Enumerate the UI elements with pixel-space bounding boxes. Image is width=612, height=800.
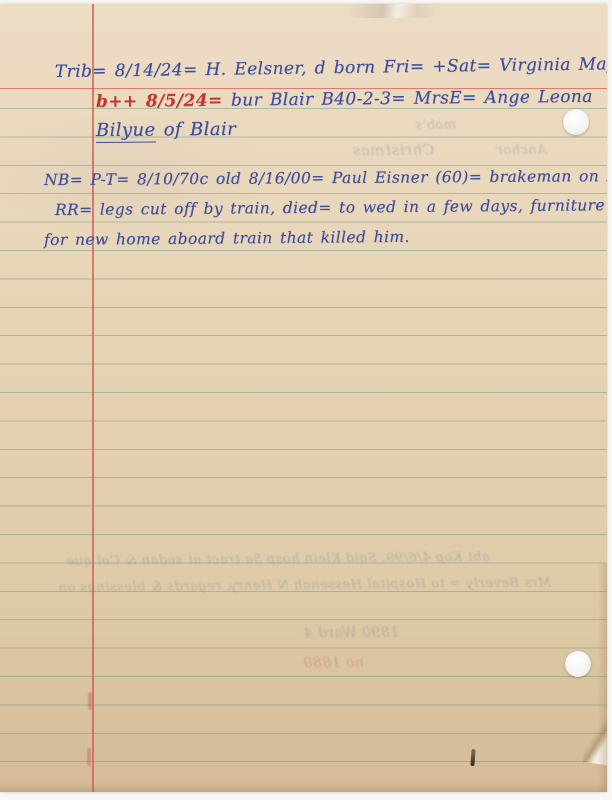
handwriting-segment: b++ 8/5/24=	[96, 91, 231, 112]
top-edge-wrinkle	[340, 4, 435, 18]
handwriting-line: NB= P-T= 8/10/70c old 8/16/00= Paul Eisn…	[44, 167, 607, 189]
hole-punch-reinforcement	[565, 651, 591, 677]
bleedthrough-text: Anchor	[496, 143, 547, 159]
notebook-page: mob'sChristmasAnchorabt Kop 4/6/99. Said…	[0, 4, 607, 792]
handwriting-segment: Trib= 8/14/24= H. Eelsner, d born Fri= +…	[55, 54, 607, 82]
hole-punch-reinforcement	[563, 109, 589, 135]
handwriting-line: Bilyue of Blair	[96, 119, 236, 141]
red-ink-smudge	[87, 748, 91, 766]
handwriting-line: for new home aboard train that killed hi…	[44, 228, 410, 249]
handwriting-segment: NB= P-T= 8/10/70c old 8/16/00= Paul Eisn…	[44, 167, 607, 189]
bleedthrough-text: no 1880	[303, 655, 364, 672]
handwriting-segment: for new home aboard train that killed hi…	[44, 228, 410, 249]
red-ink-smudge	[88, 692, 92, 710]
red-margin-rule	[92, 4, 94, 792]
handwriting-segment: of Blair	[155, 119, 236, 141]
page-edge-shadow-bottom	[0, 783, 607, 792]
bleedthrough-text: mob's	[415, 118, 456, 133]
bleedthrough-text: Christmas	[352, 141, 434, 160]
handwriting-line: Trib= 8/14/24= H. Eelsner, d born Fri= +…	[55, 54, 607, 82]
handwriting-segment: bur Blair B40-2-3= MrsE= Ange Leona	[231, 87, 593, 111]
bleedthrough-text: 1890 Ward 4	[303, 624, 399, 641]
handwriting-segment-underlined: Bilyue	[96, 119, 156, 143]
page-edge-shadow-right	[598, 564, 607, 792]
